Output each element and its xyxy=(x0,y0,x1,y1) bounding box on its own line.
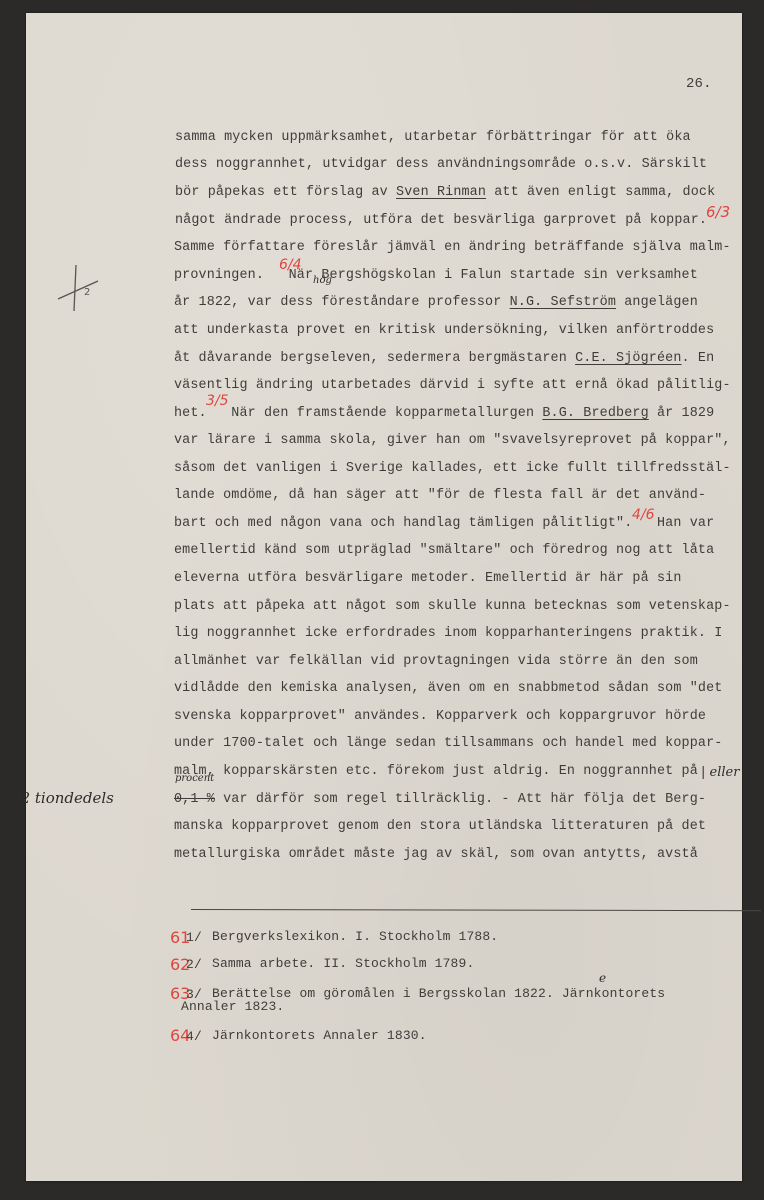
body-line: lande omdöme, då han säger att "för de f… xyxy=(174,486,706,506)
page-number: 26. xyxy=(686,76,712,92)
body-line: metallurgiska området måste jag av skäl,… xyxy=(174,845,698,865)
red-reference-mark: 6/3 xyxy=(706,203,730,221)
body-line: såsom det vanligen i Sverige kallades, e… xyxy=(174,459,731,479)
body-line: svenska kopparprovet" användes. Kopparve… xyxy=(174,707,706,727)
body-line: manska kopparprovet genom den stora utlä… xyxy=(174,817,706,837)
body-line: Samme författare föreslår jämväl en ändr… xyxy=(174,238,731,258)
body-line: år 1822, var dess föreståndare professor… xyxy=(174,293,698,313)
struck-value: 0,1 % xyxy=(174,792,215,807)
footnote-number: 4/ xyxy=(186,1029,202,1044)
person-name: Sven Rinman xyxy=(396,185,486,200)
body-line: eleverna utföra besvärligare metoder. Em… xyxy=(174,569,682,589)
red-reference-mark: 6/4 xyxy=(279,257,302,273)
footnote-text: Järnkontorets Annaler 1830. xyxy=(212,1029,427,1043)
body-line: plats att påpeka att något som skulle ku… xyxy=(174,597,731,617)
body-line: malm, kopparskärsten etc. förekom just a… xyxy=(174,762,698,782)
body-line: lig noggrannhet icke erfordrades inom ko… xyxy=(174,624,722,644)
red-reference-mark: 3/5 xyxy=(206,393,229,409)
person-name: B.G. Bredberg xyxy=(542,406,648,421)
handwritten-insert: procent xyxy=(175,773,214,784)
handwritten-margin-note: | eller xyxy=(701,765,739,780)
footnote-text: Samma arbete. II. Stockholm 1789. xyxy=(212,957,474,971)
svg-text:2: 2 xyxy=(84,287,90,298)
body-line: något ändrade process, utföra det besvär… xyxy=(175,211,707,231)
body-line: dess noggrannhet, utvidgar dess användni… xyxy=(175,155,707,175)
body-line: 0,1 % var därför som regel tillräcklig. … xyxy=(174,790,706,810)
footnote-number: 1/ xyxy=(186,930,202,945)
footnote-number: 2/ xyxy=(186,957,202,972)
document-page: 26. 2 samma mycken uppmärksamhet, utarbe… xyxy=(26,13,742,1181)
body-line: het. När den framstående koppar­metallur… xyxy=(174,404,714,424)
margin-cross-mark-icon: 2 xyxy=(54,253,114,313)
body-line: samma mycken uppmärksamhet, utarbetar fö… xyxy=(175,128,691,148)
body-line: provningen. När Bergshögskolan i Falun s… xyxy=(174,266,698,286)
body-line: att underkasta provet en kritisk undersö… xyxy=(174,321,714,341)
body-line: emellertid känd som utpräglad "smältare"… xyxy=(174,541,714,561)
body-line: vidlådde den kemiska analysen, även om e… xyxy=(174,679,722,699)
handwritten-correction: hög xyxy=(313,275,332,286)
handwritten-margin-note: 1/2 tiondedels xyxy=(6,789,114,807)
body-line: bör påpekas ett förslag av Sven Rinman a… xyxy=(175,183,715,203)
body-line: under 1700-talet och länge sedan tillsam… xyxy=(174,734,722,754)
body-line: åt dåvarande bergseleven, sedermera berg… xyxy=(174,349,714,369)
body-line: väsentlig ändring utarbetades därvid i s… xyxy=(174,376,731,396)
footnote-text: Bergverkslexikon. I. Stockholm 1788. xyxy=(212,930,498,944)
footnote-separator xyxy=(191,909,761,911)
red-reference-mark: 4/6 xyxy=(632,507,655,523)
person-name: C.E. Sjögréen xyxy=(575,351,681,366)
footnote-text-continued: Annaler 1823. xyxy=(181,1000,284,1014)
body-line: var lärare i samma skola, giver han om "… xyxy=(174,431,731,451)
person-name: N.G. Sefström xyxy=(510,295,616,310)
handwritten-correction: e xyxy=(599,971,606,985)
body-line: allmänhet var felkällan vid provtagninge… xyxy=(174,652,698,672)
